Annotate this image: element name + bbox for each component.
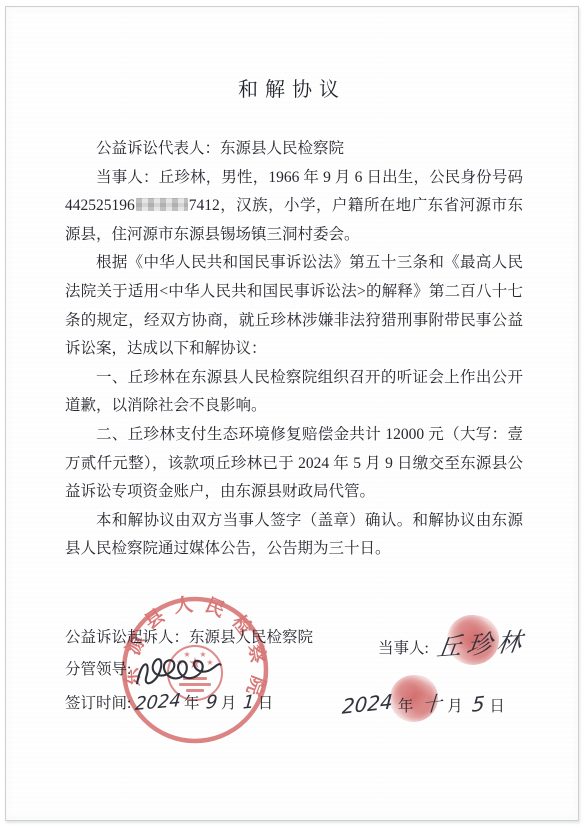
party-label: 当事人: xyxy=(378,640,429,657)
document-body: 公益诉讼代表人：东源县人民检察院 当事人：丘珍林，男性，1966 年 9 月 6… xyxy=(65,135,523,564)
scanned-settlement-agreement: 和解协议 公益诉讼代表人：东源县人民检察院 当事人：丘珍林，男性，1966 年 … xyxy=(0,0,586,828)
paragraph-party: 当事人：丘珍林，男性，1966 年 9 月 6 日出生，公民身份号码 44252… xyxy=(65,164,523,250)
signing-time-line: 签订时间: 2024年 9月 1日 xyxy=(65,691,276,713)
redacted-id-mosaic xyxy=(136,198,188,211)
leader-line: 分管领导: xyxy=(65,657,131,679)
handwritten-year-left: 2024 xyxy=(134,690,181,715)
month-unit-right: 月 xyxy=(447,698,463,715)
document-page: 和解协议 公益诉讼代表人：东源县人民检察院 当事人：丘珍林，男性，1966 年 … xyxy=(5,6,579,821)
time-label: 签订时间: xyxy=(65,695,131,712)
paragraph-item-one: 一、丘珍林在东源县人民检察院组织召开的听证会上作出公开道歉，以消除社会不良影响。 xyxy=(65,364,523,421)
party-signature-line: 当事人: 丘珍林 xyxy=(378,625,527,661)
paragraph-legal-basis: 根据《中华人民共和国民事诉讼法》第五十三条和《最高人民法院关于适用<中华人民共和… xyxy=(65,249,523,363)
party-date-line: 2024年 十月 5日 xyxy=(340,688,508,717)
handwritten-day-right: 5 xyxy=(471,691,485,717)
month-unit-left: 月 xyxy=(221,695,237,712)
handwritten-month-left: 9 xyxy=(205,691,218,713)
paragraph-representative: 公益诉讼代表人：东源县人民检察院 xyxy=(65,135,523,164)
year-unit-left: 年 xyxy=(184,695,200,712)
paragraph-confirmation: 本和解协议由双方当事人签字（盖章）确认。和解协议由东源县人民检察院通过媒体公告，… xyxy=(65,507,523,564)
party-handwritten-name: 丘珍林 xyxy=(434,622,529,665)
leader-label: 分管领导: xyxy=(65,661,131,678)
handwritten-day-left: 1 xyxy=(242,691,255,713)
day-unit-left: 日 xyxy=(258,695,274,712)
year-unit-right: 年 xyxy=(398,698,414,715)
paragraph-item-two: 二、丘珍林支付生态环境修复赔偿金共计 12000 元（大写：壹万贰仟元整），该款… xyxy=(65,421,523,507)
handwritten-month-right: 十 xyxy=(421,687,443,718)
handwritten-year-right: 2024 xyxy=(341,689,393,719)
document-title: 和解协议 xyxy=(6,73,578,102)
day-unit-right: 日 xyxy=(489,698,505,715)
